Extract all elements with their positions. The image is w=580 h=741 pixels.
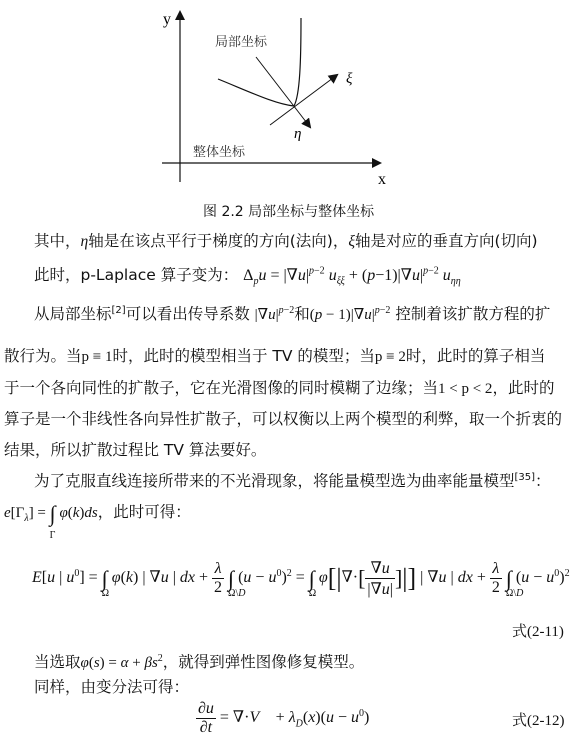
global-coords-label: 整体坐标 <box>193 144 246 160</box>
paragraph-diffusion-line2: 散行为。当p ≡ 1时，此时的模型相当于 TV 的模型；当p ≡ 2时，此时的算… <box>4 346 545 367</box>
equation-2-12: ∂u∂t = ∇·V⃗ + λD(x)(u − u0) <box>196 700 369 737</box>
citation-ref[interactable]: [2] <box>112 305 126 316</box>
paragraph-axes: 其中，η轴是在该点平行于梯度的方向(法向)，ξ轴是对应的垂直方向(切向) <box>34 231 538 252</box>
figure-caption: 图 2.2 局部坐标与整体坐标 <box>203 201 374 221</box>
paragraph-diffusion-line5: 结果，所以扩散过程比 TV 算法要好。 <box>4 440 266 460</box>
paragraph-diffusion-line4: 算子是一个非线性各向异性扩散子，可以权衡以上两个模型的利弊，取一个折衷的 <box>4 409 562 429</box>
paragraph-diffusion-line3: 于一个各向同性的扩散子，它在光滑图像的同时模糊了边缘；当1 < p < 2，此时… <box>4 378 554 399</box>
paragraph-elastic: 当选取φ(s) = α + βs2，就得到弹性图像修复模型。 <box>34 652 364 673</box>
paragraph-diffusion-line1: 从局部坐标[2]可以看出传导系数 |∇u|p−2和(p − 1)|∇u|p−2 … <box>34 304 550 325</box>
phi-choice: φ(s) = α + βs2 <box>81 655 163 671</box>
citation-ref[interactable]: [35] <box>515 472 536 483</box>
level-curve-left <box>218 79 294 106</box>
equation-2-12-number: 式(2-12) <box>512 709 565 730</box>
equation-2-11-number: 式(2-11) <box>512 620 564 641</box>
eta-label: η <box>294 126 301 142</box>
eta-axis <box>256 57 310 127</box>
paragraph-curvature-line2: e[Γλ] = ∫Γ φ(k)ds，此时可得： <box>4 502 191 524</box>
equation-2-11: E[u | u0] = ∫Ω φ(k) | ∇u | dx + λ2 ∫Ω\D … <box>32 558 570 599</box>
level-curve <box>294 18 301 106</box>
paragraph-variational: 同样，由变分法可得： <box>34 677 189 697</box>
coordinate-diagram: y x 局部坐标 整体坐标 ξ η <box>0 0 580 200</box>
xi-label: ξ <box>346 71 353 87</box>
paragraph-plaplace: 此时，p-Laplace 算子变为： Δpu = |∇u|p−2 uξξ + (… <box>34 265 461 286</box>
local-coords-label: 局部坐标 <box>215 34 268 50</box>
plaplace-formula: Δpu = |∇u|p−2 uξξ + (p−1)|∇u|p−2 uηη <box>243 267 461 284</box>
x-axis-label: x <box>378 171 386 188</box>
y-axis-label: y <box>163 11 171 28</box>
energy-definition: e[Γλ] = ∫Γ φ(k)ds <box>4 505 98 521</box>
paragraph-curvature-line1: 为了克服直线连接所带来的不光滑现象，将能量模型选为曲率能量模型[35]： <box>34 471 551 491</box>
xi-axis <box>270 75 337 125</box>
